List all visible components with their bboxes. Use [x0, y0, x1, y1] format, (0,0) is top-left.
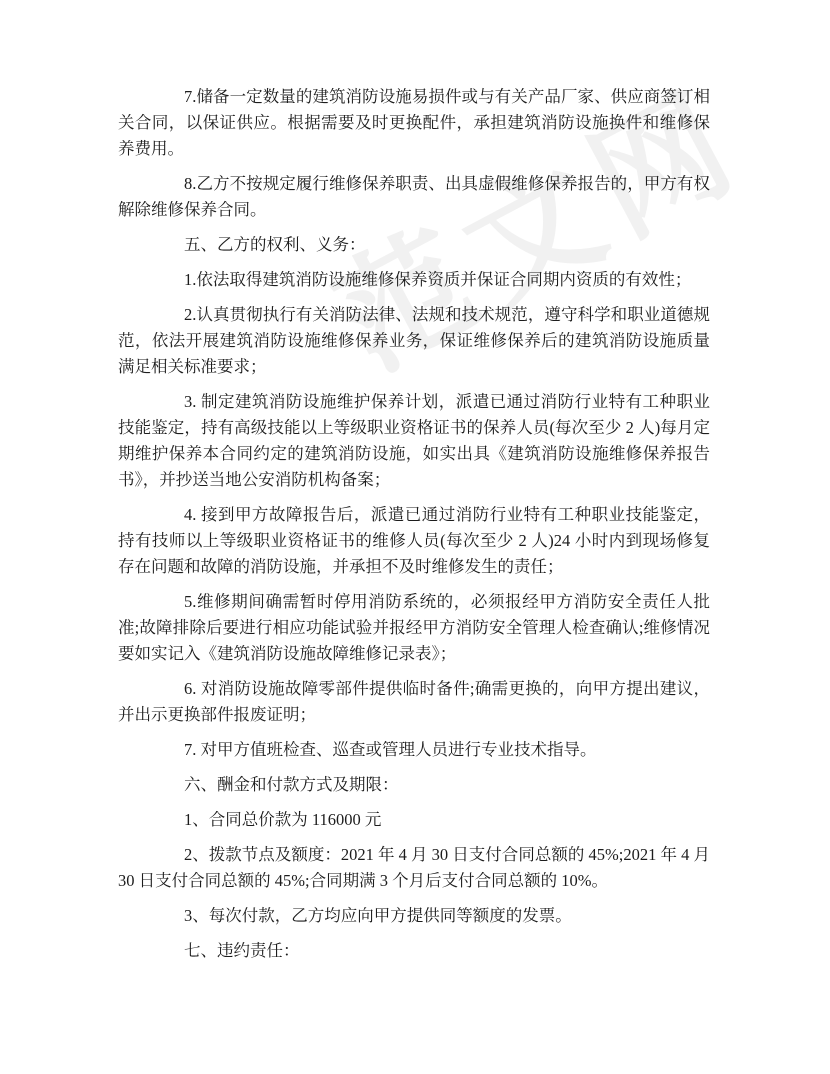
paragraph: 3、每次付款，乙方均应向甲方提供同等额度的发票。	[118, 903, 710, 929]
paragraph: 8.乙方不按规定履行维修保养职责、出具虚假维修保养报告的，甲方有权解除维修保养合…	[118, 171, 710, 223]
document-page: 范文网 7.储备一定数量的建筑消防设施易损件或与有关产品厂家、供应商签订相关合同…	[0, 0, 830, 1074]
paragraph: 2、拨款节点及额度：2021 年 4 月 30 日支付合同总额的 45%;202…	[118, 842, 710, 894]
section-heading: 五、乙方的权利、义务：	[118, 232, 710, 258]
section-heading: 七、违约责任：	[118, 938, 710, 964]
paragraph: 2.认真贯彻执行有关消防法律、法规和技术规范，遵守科学和职业道德规范，依法开展建…	[118, 302, 710, 380]
paragraph: 5.维修期间确需暂时停用消防系统的，必须报经甲方消防安全责任人批准;故障排除后要…	[118, 589, 710, 667]
document-content: 7.储备一定数量的建筑消防设施易损件或与有关产品厂家、供应商签订相关合同，以保证…	[118, 84, 710, 973]
section-heading: 六、酬金和付款方式及期限：	[118, 772, 710, 798]
paragraph: 7. 对甲方值班检查、巡查或管理人员进行专业技术指导。	[118, 737, 710, 763]
paragraph: 7.储备一定数量的建筑消防设施易损件或与有关产品厂家、供应商签订相关合同，以保证…	[118, 84, 710, 162]
paragraph: 3. 制定建筑消防设施维护保养计划，派遣已通过消防行业特有工种职业技能鉴定，持有…	[118, 389, 710, 493]
paragraph: 6. 对消防设施故障零部件提供临时备件;确需更换的，向甲方提出建议，并出示更换部…	[118, 676, 710, 728]
paragraph: 4. 接到甲方故障报告后，派遣已通过消防行业特有工种职业技能鉴定，持有技师以上等…	[118, 502, 710, 580]
paragraph: 1、合同总价款为 116000 元	[118, 807, 710, 833]
paragraph: 1.依法取得建筑消防设施维修保养资质并保证合同期内资质的有效性；	[118, 267, 710, 293]
